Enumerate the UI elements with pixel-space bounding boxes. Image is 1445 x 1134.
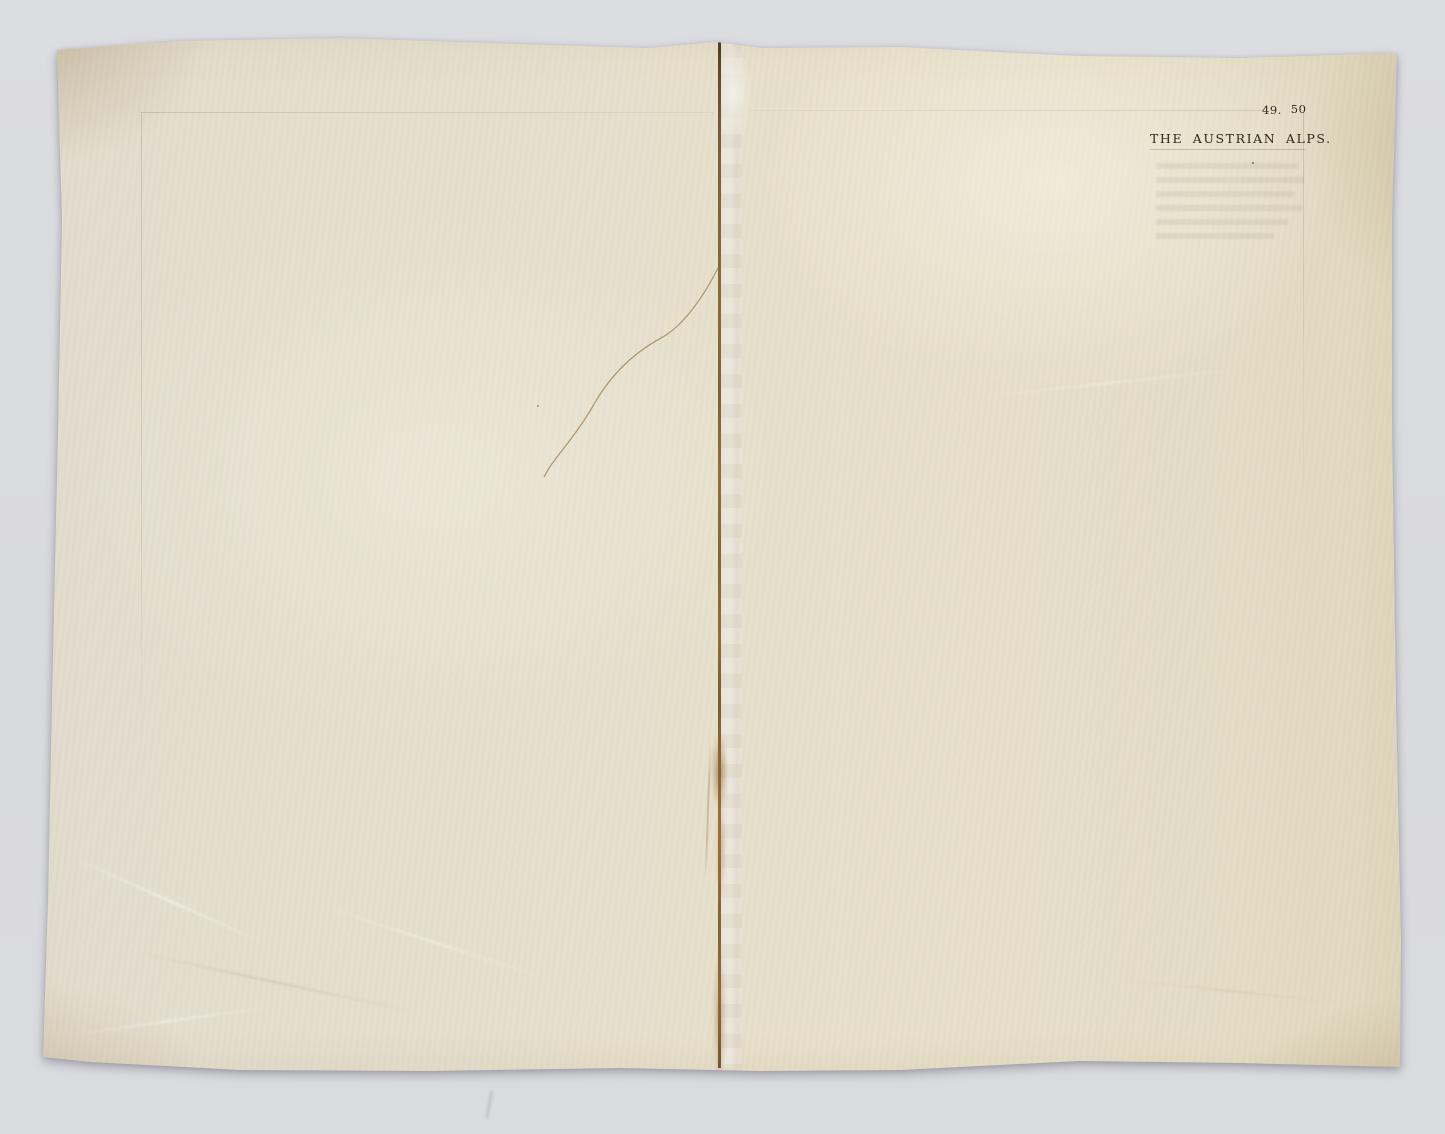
plate-number-right: 50: [1291, 102, 1307, 116]
plate-numbers: 49. 50: [1262, 103, 1306, 117]
showthrough-frame-left-vertical: [141, 112, 142, 762]
showthrough-text-row: [1156, 191, 1294, 197]
paper-shadow-wrap: 49. 50 THE AUSTRIAN ALPS.: [0, 0, 1445, 1134]
center-fold-line: [718, 42, 721, 1068]
showthrough-text-row: [1156, 219, 1288, 225]
showthrough-frame-left-horizontal: [141, 112, 714, 113]
paper-wrinkle: [306, 900, 554, 982]
fold-stain-blotch: [716, 800, 726, 895]
paper-wrinkle: [981, 368, 1240, 397]
showthrough-text-row: [1156, 177, 1304, 183]
showthrough-text-row: [1156, 233, 1274, 239]
paper-wrinkle: [65, 853, 276, 948]
photo-background: 49. 50 THE AUSTRIAN ALPS.: [0, 0, 1445, 1134]
showthrough-frame-right-horizontal: [748, 110, 1263, 111]
showthrough-text-row: [1156, 205, 1302, 211]
paper-wrinkle: [61, 1005, 279, 1038]
paper-wrinkle: [1120, 979, 1339, 1004]
paper-speck: [537, 405, 539, 407]
paper-speck: [55, 114, 58, 117]
fold-stain-blotch: [713, 950, 726, 1085]
showthrough-text-row: [1156, 163, 1298, 169]
fold-tape-strip: [721, 44, 742, 1068]
showthrough-frame-right-vertical: [1303, 112, 1304, 522]
fold-worn-patch: [719, 48, 751, 146]
title-underline-rule: [1150, 149, 1305, 150]
plate-number-left: 49.: [1262, 103, 1282, 117]
paper-sheet: 49. 50 THE AUSTRIAN ALPS.: [0, 0, 1445, 1134]
paper-wrinkle: [123, 949, 417, 1013]
plate-title: THE AUSTRIAN ALPS.: [1150, 131, 1332, 146]
